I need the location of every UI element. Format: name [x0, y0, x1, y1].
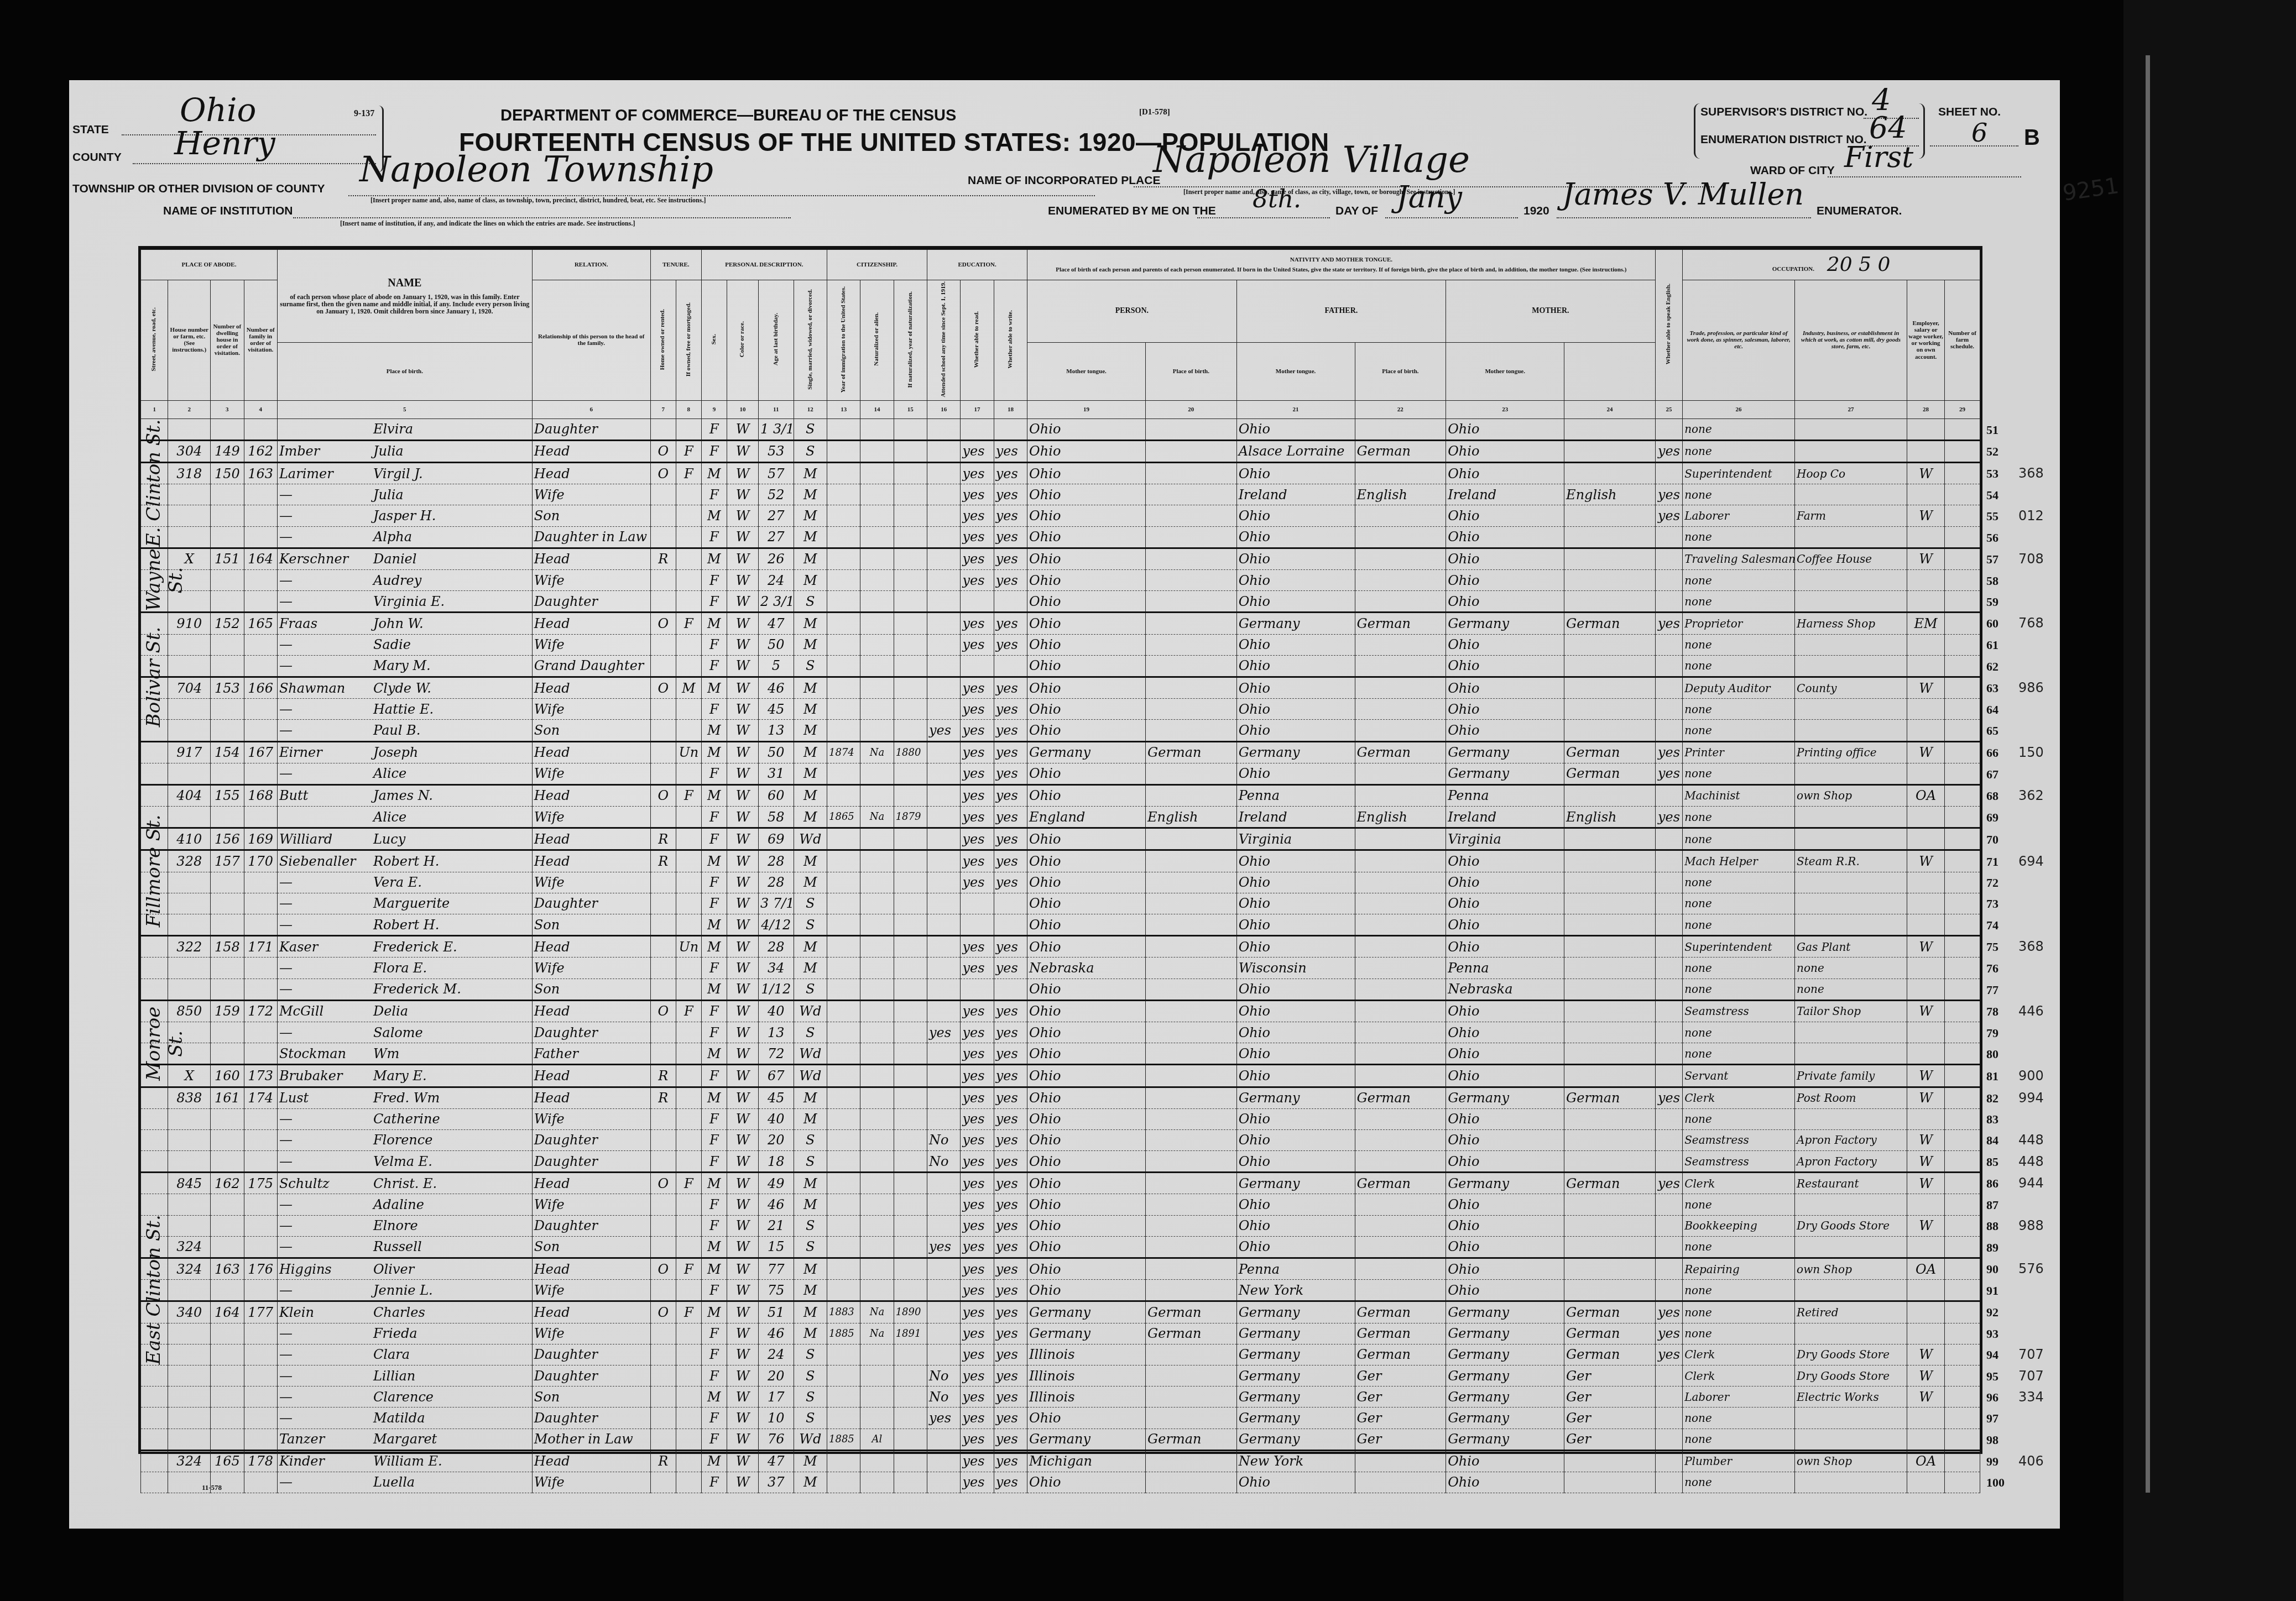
mpob-cell: Ohio	[1446, 1280, 1564, 1301]
emp-cell: W	[1907, 505, 1945, 526]
own-cell	[650, 1280, 676, 1301]
table-row: ElviraDaughterFW1 3/12SOhioOhioOhionone	[141, 418, 1980, 440]
race-cell: W	[727, 1365, 758, 1386]
group-education: EDUCATION.	[927, 250, 1027, 280]
marital-cell: M	[794, 1301, 827, 1323]
eng-cell: yes	[1655, 807, 1682, 828]
relation-cell: Daughter	[532, 1365, 650, 1386]
surname: —	[279, 1111, 373, 1127]
trade-cell: Superintendent	[1683, 463, 1795, 484]
mt-cell	[1146, 1000, 1237, 1022]
family-cell: 178	[244, 1450, 277, 1472]
farm-cell	[1945, 591, 1980, 613]
mmt-cell: English	[1564, 807, 1656, 828]
dwelling-cell	[211, 958, 244, 979]
margin-number: 707	[2018, 1368, 2044, 1384]
margin-number: 446	[2018, 1003, 2044, 1019]
mmt-cell	[1564, 979, 1656, 1000]
farm-cell	[1945, 1194, 1980, 1215]
natyr-cell	[894, 1065, 927, 1087]
mt-cell	[1146, 463, 1237, 484]
mt-cell	[1146, 1151, 1237, 1173]
mt-cell	[1146, 570, 1237, 591]
mmt-cell	[1564, 505, 1656, 526]
fmt-cell	[1355, 526, 1446, 548]
fpob-cell: Germany	[1236, 613, 1355, 634]
col-6-header: Relationship of this person to the head …	[532, 280, 650, 401]
fmt-cell	[1355, 548, 1446, 569]
sex-cell: M	[701, 1087, 727, 1108]
name-cell: —Clarence	[277, 1387, 532, 1408]
immig-cell	[827, 1236, 860, 1258]
pob-cell: Illinois	[1027, 1365, 1146, 1386]
line-number: 94	[1986, 1348, 1998, 1362]
emp-cell: EM	[1907, 613, 1945, 634]
dwelling-cell	[211, 591, 244, 613]
mt-cell: German	[1146, 1301, 1237, 1323]
farm-cell	[1945, 936, 1980, 958]
relation-cell: Head	[532, 677, 650, 698]
sex-cell: M	[701, 1236, 727, 1258]
mort-cell: F	[676, 1000, 701, 1022]
name-cell: —Frederick M.	[277, 979, 532, 1000]
family-cell: 162	[244, 440, 277, 462]
fpob-cell: Alsace Lorraine	[1236, 440, 1355, 462]
incorporated-value: Napoleon Village	[1153, 138, 1470, 181]
emp-cell	[1907, 1236, 1945, 1258]
table-row: 324—RussellSonMW15SyesyesyesOhioOhioOhio…	[141, 1236, 1980, 1258]
house-cell: 404	[168, 784, 211, 806]
house-cell	[168, 1323, 211, 1344]
given-name: Audrey	[373, 573, 421, 588]
dwelling-cell: 152	[211, 613, 244, 634]
name-cell: —Jennie L.	[277, 1280, 532, 1301]
sex-cell: F	[701, 699, 727, 720]
fmt-cell	[1355, 979, 1446, 1000]
school-cell	[927, 1301, 961, 1323]
surname: —	[279, 875, 373, 890]
table-row: 404155168ButtJames N.HeadOFMW60MyesyesOh…	[141, 784, 1980, 806]
surname: —	[279, 658, 373, 673]
fpob-cell: Penna	[1236, 784, 1355, 806]
fmt-cell	[1355, 1043, 1446, 1065]
line-number: 52	[1986, 444, 1998, 459]
surname: —	[279, 1326, 373, 1341]
house-cell	[168, 1151, 211, 1173]
mt-cell	[1146, 1173, 1237, 1194]
read-cell: yes	[961, 463, 994, 484]
farm-cell	[1945, 1387, 1980, 1408]
mort-cell	[676, 1450, 701, 1472]
family-cell: 167	[244, 741, 277, 763]
dwelling-cell	[211, 1151, 244, 1173]
farm-cell	[1945, 1344, 1980, 1365]
family-cell: 173	[244, 1065, 277, 1087]
trade-cell: Seamstress	[1683, 1129, 1795, 1150]
mt-cell	[1146, 914, 1237, 936]
own-cell	[650, 1129, 676, 1150]
eng-cell	[1655, 872, 1682, 893]
sex-cell: F	[701, 807, 727, 828]
immig-cell	[827, 979, 860, 1000]
family-cell	[244, 591, 277, 613]
school-cell: yes	[927, 1236, 961, 1258]
mort-cell	[676, 699, 701, 720]
dwelling-cell	[211, 807, 244, 828]
col-16-header: Attended school any time since Sept. 1, …	[927, 280, 961, 401]
state-value: Ohio	[180, 91, 256, 129]
marital-cell: S	[794, 914, 827, 936]
marital-cell: M	[794, 936, 827, 958]
house-cell	[168, 1194, 211, 1215]
margin-number: 406	[2018, 1453, 2044, 1469]
race-cell: W	[727, 1215, 758, 1236]
pob-cell: Ohio	[1027, 526, 1146, 548]
line-number: 68	[1986, 789, 1998, 803]
mort-cell: F	[676, 1173, 701, 1194]
age-cell: 31	[758, 763, 794, 784]
mpob-cell: Ohio	[1446, 1043, 1564, 1065]
table-row: —MargueriteDaughterFW3 7/12SOhioOhioOhio…	[141, 893, 1980, 914]
family-cell	[244, 655, 277, 677]
fmt-cell	[1355, 570, 1446, 591]
house-cell: 704	[168, 677, 211, 698]
margin-number: 994	[2018, 1090, 2044, 1106]
col-1-header: Street, avenue, road, etc.	[141, 280, 168, 401]
industry-cell	[1795, 1194, 1907, 1215]
nat-cell	[860, 828, 894, 850]
trade-cell: Superintendent	[1683, 936, 1795, 958]
house-cell	[168, 655, 211, 677]
natyr-cell: 1879	[894, 807, 927, 828]
nat-cell	[860, 484, 894, 505]
trade-cell: none	[1683, 1429, 1795, 1450]
industry-cell	[1795, 763, 1907, 784]
natyr-cell	[894, 570, 927, 591]
line-number: 97	[1986, 1411, 1998, 1426]
mmt-cell	[1564, 1129, 1656, 1150]
sex-cell: M	[701, 741, 727, 763]
house-cell: 917	[168, 741, 211, 763]
own-cell: R	[650, 850, 676, 872]
relation-cell: Wife	[532, 699, 650, 720]
own-cell: O	[650, 1000, 676, 1022]
mmt-cell	[1564, 440, 1656, 462]
ward-label: Ward of city	[1750, 164, 1835, 177]
farm-cell	[1945, 1429, 1980, 1450]
dwelling-cell	[211, 872, 244, 893]
pob-cell: Ohio	[1027, 505, 1146, 526]
table-row: 838161174LustFred. WmHeadRMW45MyesyesOhi…	[141, 1087, 1980, 1108]
write-cell: yes	[994, 1194, 1027, 1215]
immig-cell	[827, 418, 860, 440]
school-cell	[927, 1280, 961, 1301]
fmt-cell	[1355, 677, 1446, 698]
school-cell	[927, 1000, 961, 1022]
given-name: Mary E.	[373, 1068, 427, 1084]
own-cell	[650, 634, 676, 655]
eng-cell	[1655, 1022, 1682, 1043]
sex-cell: F	[701, 591, 727, 613]
farm-cell	[1945, 418, 1980, 440]
read-cell: yes	[961, 1365, 994, 1386]
farm-cell	[1945, 1236, 1980, 1258]
mmt-cell	[1564, 784, 1656, 806]
age-cell: 57	[758, 463, 794, 484]
eng-cell: yes	[1655, 440, 1682, 462]
pob-cell: Ohio	[1027, 914, 1146, 936]
fpob-cell: Ohio	[1236, 418, 1355, 440]
family-cell	[244, 1108, 277, 1129]
write-cell: yes	[994, 613, 1027, 634]
emp-cell: OA	[1907, 1258, 1945, 1280]
surname: —	[279, 1283, 373, 1298]
col-15-header: If naturalized, year of naturalization.	[894, 280, 927, 401]
mort-cell	[676, 570, 701, 591]
fmt-cell: German	[1355, 741, 1446, 763]
given-name: Robert H.	[373, 854, 439, 869]
age-cell: 27	[758, 505, 794, 526]
eng-cell	[1655, 1365, 1682, 1386]
write-cell: yes	[994, 677, 1027, 698]
mpob-cell: Germany	[1446, 1323, 1564, 1344]
table-row: 850159172McGillDeliaHeadOFFW40WdyesyesOh…	[141, 1000, 1980, 1022]
natyr-cell	[894, 1258, 927, 1280]
state-label: State	[72, 123, 109, 137]
age-cell: 51	[758, 1301, 794, 1323]
eng-cell	[1655, 1194, 1682, 1215]
industry-cell	[1795, 1108, 1907, 1129]
marital-cell: S	[794, 418, 827, 440]
own-cell: O	[650, 1173, 676, 1194]
pob-cell: Ohio	[1027, 1087, 1146, 1108]
margin-number: 448	[2018, 1132, 2044, 1148]
surname: —	[279, 1132, 373, 1148]
pob-cell: Ohio	[1027, 677, 1146, 698]
immig-cell	[827, 1387, 860, 1408]
name-cell: KerschnerDaniel	[277, 548, 532, 569]
mt-cell	[1146, 1472, 1237, 1493]
write-cell: yes	[994, 1301, 1027, 1323]
read-cell: yes	[961, 526, 994, 548]
natyr-cell	[894, 1215, 927, 1236]
supervisor-label: Supervisor's District No.	[1700, 106, 1867, 119]
natyr-cell	[894, 936, 927, 958]
line-number: 72	[1986, 876, 1998, 890]
name-cell: —Vera E.	[277, 872, 532, 893]
street-name: Wayne St.	[143, 548, 187, 613]
age-cell: 75	[758, 1280, 794, 1301]
eng-cell	[1655, 828, 1682, 850]
race-cell: W	[727, 591, 758, 613]
eng-cell	[1655, 720, 1682, 741]
house-cell: 838	[168, 1087, 211, 1108]
read-cell: yes	[961, 1065, 994, 1087]
age-cell: 45	[758, 699, 794, 720]
write-cell: yes	[994, 484, 1027, 505]
given-name: Alice	[373, 766, 406, 781]
farm-cell	[1945, 1258, 1980, 1280]
surname: —	[279, 1154, 373, 1169]
mmt-cell	[1564, 1000, 1656, 1022]
house-cell: 324	[168, 1236, 211, 1258]
fpob-cell: Ohio	[1236, 1108, 1355, 1129]
immig-cell	[827, 570, 860, 591]
mort-cell: Un	[676, 936, 701, 958]
race-cell: W	[727, 828, 758, 850]
enumerated-month: Jany	[1396, 180, 1462, 214]
column-number: 28	[1907, 400, 1945, 418]
surname: Kerschner	[279, 551, 373, 567]
immig-cell	[827, 1194, 860, 1215]
dwelling-cell	[211, 634, 244, 655]
emp-cell	[1907, 1472, 1945, 1493]
emp-cell	[1907, 655, 1945, 677]
fpob-cell: Ohio	[1236, 850, 1355, 872]
given-name: Virginia E.	[373, 594, 445, 609]
institution-underline	[293, 217, 791, 218]
industry-cell: own Shop	[1795, 1450, 1907, 1472]
mmt-cell	[1564, 699, 1656, 720]
emp-cell: W	[1907, 1087, 1945, 1108]
sex-cell: F	[701, 1194, 727, 1215]
fpob-cell: Ohio	[1236, 548, 1355, 569]
industry-cell: Apron Factory	[1795, 1129, 1907, 1150]
fmt-cell	[1355, 699, 1446, 720]
age-cell: 60	[758, 784, 794, 806]
mpob-cell: Ohio	[1446, 655, 1564, 677]
col-18-header: Whether able to write.	[994, 280, 1027, 401]
industry-cell	[1795, 1429, 1907, 1450]
emp-cell: OA	[1907, 784, 1945, 806]
sex-cell: M	[701, 914, 727, 936]
marital-cell: M	[794, 677, 827, 698]
fpob-cell: Ohio	[1236, 463, 1355, 484]
given-name: Frieda	[373, 1326, 418, 1341]
column-number: 29	[1945, 400, 1980, 418]
relation-cell: Head	[532, 1450, 650, 1472]
dwelling-cell: 153	[211, 677, 244, 698]
age-cell: 46	[758, 677, 794, 698]
table-row: —AlphaDaughter in LawFW27MyesyesOhioOhio…	[141, 526, 1980, 548]
table-row: TanzerMargaretMother in LawFW76Wd1885Aly…	[141, 1429, 1980, 1450]
mmt-cell: German	[1564, 1344, 1656, 1365]
own-cell	[650, 570, 676, 591]
mort-cell	[676, 526, 701, 548]
name-cell: TanzerMargaret	[277, 1429, 532, 1450]
age-cell: 15	[758, 1236, 794, 1258]
name-cell: —Audrey	[277, 570, 532, 591]
natyr-cell	[894, 418, 927, 440]
nat-cell	[860, 505, 894, 526]
immig-cell	[827, 505, 860, 526]
immig-cell	[827, 1344, 860, 1365]
family-cell	[244, 720, 277, 741]
own-cell: R	[650, 1450, 676, 1472]
emp-cell: W	[1907, 850, 1945, 872]
marital-cell: M	[794, 1194, 827, 1215]
fmt-cell	[1355, 936, 1446, 958]
dwelling-cell	[211, 655, 244, 677]
trade-cell: none	[1683, 1236, 1795, 1258]
marital-cell: M	[794, 634, 827, 655]
table-row: —MatildaDaughterFW10SyesyesyesOhioGerman…	[141, 1408, 1980, 1429]
mort-cell	[676, 1022, 701, 1043]
mother-header: MOTHER.	[1446, 280, 1656, 343]
pob-cell: Ohio	[1027, 828, 1146, 850]
mpob-cell: Ohio	[1446, 936, 1564, 958]
column-number: 20	[1146, 400, 1237, 418]
industry-cell: Farm	[1795, 505, 1907, 526]
write-cell: yes	[994, 1215, 1027, 1236]
mmt-cell	[1564, 655, 1656, 677]
house-cell	[168, 872, 211, 893]
race-cell: W	[727, 699, 758, 720]
given-name: Robert H.	[373, 917, 439, 933]
marital-cell: Wd	[794, 1429, 827, 1450]
dwelling-cell: 150	[211, 463, 244, 484]
dwelling-cell	[211, 1280, 244, 1301]
name-cell: —Clara	[277, 1344, 532, 1365]
relation-cell: Head	[532, 1065, 650, 1087]
name-cell: —Adaline	[277, 1194, 532, 1215]
mpob-cell: Germany	[1446, 1387, 1564, 1408]
school-cell	[927, 1173, 961, 1194]
own-cell: O	[650, 613, 676, 634]
surname: —	[279, 981, 373, 997]
table-row: —AdalineWifeFW46MyesyesOhioOhioOhionone	[141, 1194, 1980, 1215]
nat-cell	[860, 1236, 894, 1258]
surname: —	[279, 487, 373, 503]
natyr-cell: 1880	[894, 741, 927, 763]
read-cell: yes	[961, 872, 994, 893]
emp-cell: W	[1907, 463, 1945, 484]
mort-cell	[676, 720, 701, 741]
pob-cell: Ohio	[1027, 1151, 1146, 1173]
table-row: —ElnoreDaughterFW21SyesyesOhioOhioOhioBo…	[141, 1215, 1980, 1236]
line-number: 64	[1986, 703, 1998, 717]
fpob-cell: Ohio	[1236, 591, 1355, 613]
mt-cell	[1146, 850, 1237, 872]
nat-cell	[860, 720, 894, 741]
fmt-cell	[1355, 720, 1446, 741]
relation-cell: Head	[532, 1000, 650, 1022]
mt-cell	[1146, 1408, 1237, 1429]
relation-cell: Head	[532, 784, 650, 806]
group-occupation: OCCUPATION. 20 5 0	[1683, 250, 1980, 280]
write-cell: yes	[994, 872, 1027, 893]
name-cell: —Florence	[277, 1129, 532, 1150]
col-11-header: Age at last birthday.	[758, 280, 794, 401]
mort-cell	[676, 1344, 701, 1365]
farm-cell	[1945, 699, 1980, 720]
family-cell	[244, 1236, 277, 1258]
industry-cell: Printing office	[1795, 741, 1907, 763]
given-name: Sadie	[373, 637, 411, 652]
farm-cell	[1945, 526, 1980, 548]
line-number: 77	[1986, 983, 1998, 997]
age-cell: 58	[758, 807, 794, 828]
nat-cell	[860, 1087, 894, 1108]
column-number: 1	[141, 400, 168, 418]
fmt-cell	[1355, 418, 1446, 440]
house-cell	[168, 1108, 211, 1129]
column-number: 22	[1355, 400, 1446, 418]
trade-cell: Seamstress	[1683, 1151, 1795, 1173]
mpob-cell: Ohio	[1446, 1065, 1564, 1087]
mort-cell: F	[676, 1301, 701, 1323]
mpob-cell: Ohio	[1446, 699, 1564, 720]
